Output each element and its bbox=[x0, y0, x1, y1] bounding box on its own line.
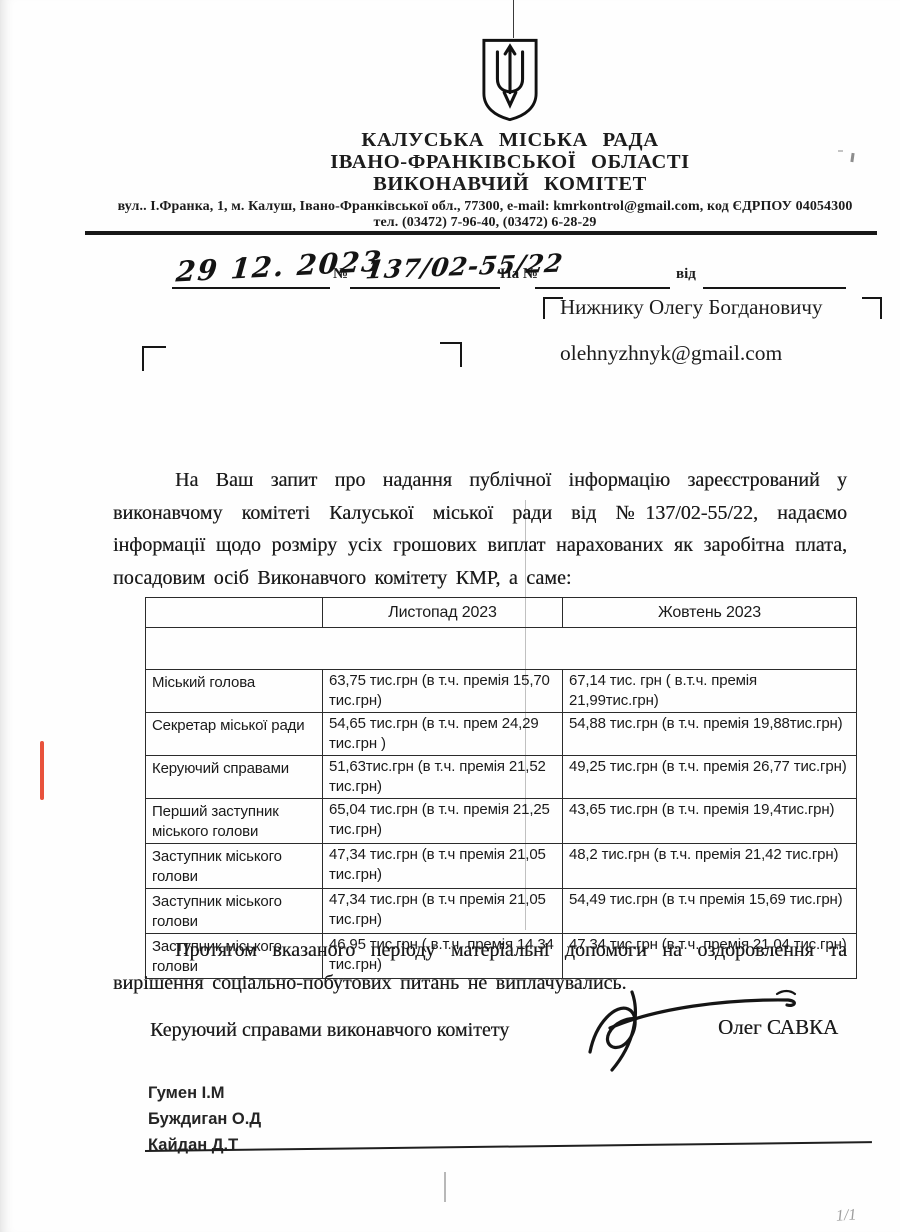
table-row: Секретар міської ради54,65 тис.грн (в т.… bbox=[146, 713, 857, 756]
cell-position: Перший заступник міського голови bbox=[146, 799, 323, 844]
salary-table-body: Міський голова63,75 тис.грн (в т.ч. прем… bbox=[146, 670, 857, 979]
corner-mark-right bbox=[440, 342, 462, 367]
signer-title: Керуючий справами виконавчого комітету bbox=[150, 1019, 509, 1042]
cell-position: Заступник міського голови bbox=[146, 889, 323, 934]
org-phone: тел. (03472) 7-96-40, (03472) 6-28-29 bbox=[85, 215, 885, 231]
executor-name: Буждиган О.Д bbox=[148, 1106, 261, 1132]
table-row: Міський голова63,75 тис.грн (в т.ч. прем… bbox=[146, 670, 857, 713]
scan-speck-right-2 bbox=[838, 150, 843, 152]
recipient-email: olehnyzhnyk@gmail.com bbox=[560, 341, 782, 366]
cell-position: Заступник міського голови bbox=[146, 844, 323, 889]
recipient-name: Нижнику Олегу Богдановичу bbox=[560, 295, 822, 320]
corner-mark-left bbox=[142, 346, 166, 371]
reply-number-underline bbox=[535, 287, 670, 289]
scan-fold-line-top bbox=[513, 0, 514, 38]
ukraine-trident-emblem bbox=[481, 36, 539, 124]
cell-november: 51,63тис.грн (в т.ч. премія 21,52 тис.гр… bbox=[323, 756, 563, 799]
table-row: Перший заступник міського голови65,04 ти… bbox=[146, 799, 857, 844]
org-name-line2: ІВАНО-ФРАНКІВСЬКОЇ ОБЛАСТІ bbox=[110, 151, 900, 173]
number-label: № bbox=[333, 266, 348, 283]
red-margin-mark bbox=[40, 741, 44, 800]
cell-november: 47,34 тис.грн (в т.ч премія 21,05 тис.гр… bbox=[323, 844, 563, 889]
cell-october: 67,14 тис. грн ( в.т.ч. премія 21,99тис.… bbox=[563, 670, 857, 713]
table-top-sliver-row bbox=[146, 628, 857, 670]
letterhead-org: КАЛУСЬКА МІСЬКА РАДА ІВАНО-ФРАНКІВСЬКОЇ … bbox=[110, 129, 900, 195]
org-name-line3: ВИКОНАВЧИЙ КОМІТЕТ bbox=[110, 173, 900, 195]
header-november: Листопад 2023 bbox=[323, 598, 563, 628]
salary-table: Листопад 2023 Жовтень 2023 Міський голов… bbox=[145, 597, 857, 979]
number-underline bbox=[350, 287, 500, 289]
org-name-line1: КАЛУСЬКА МІСЬКА РАДА bbox=[110, 129, 900, 151]
body-paragraph-intro: На Ваш запит про надання публічної інфор… bbox=[113, 464, 847, 594]
letterhead-contacts: вул.. І.Франка, 1, м. Калуш, Івано-Франк… bbox=[85, 199, 885, 230]
cell-october: 48,2 тис.грн (в т.ч. премія 21,42 тис.гр… bbox=[563, 844, 857, 889]
table-row: Заступник міського голови47,34 тис.грн (… bbox=[146, 889, 857, 934]
from-date-label: від bbox=[676, 266, 696, 283]
page-number: 1/1 bbox=[835, 1206, 857, 1225]
cell-october: 54,49 тис.грн (в т.ч премія 15,69 тис.гр… bbox=[563, 889, 857, 934]
table-header-row: Листопад 2023 Жовтень 2023 bbox=[146, 598, 857, 628]
corner-mark-recipient-right bbox=[862, 297, 882, 319]
cell-position: Секретар міської ради bbox=[146, 713, 323, 756]
date-underline bbox=[172, 287, 330, 289]
cell-november: 54,65 тис.грн (в т.ч. прем 24,29 тис.грн… bbox=[323, 713, 563, 756]
cell-november: 65,04 тис.грн (в т.ч. премія 21,25 тис.г… bbox=[323, 799, 563, 844]
signature-scribble bbox=[576, 986, 820, 1078]
cell-position: Міський голова bbox=[146, 670, 323, 713]
org-address: вул.. І.Франка, 1, м. Калуш, Івано-Франк… bbox=[85, 199, 885, 215]
letterhead-rule bbox=[85, 231, 877, 235]
table-row: Керуючий справами51,63тис.грн (в т.ч. пр… bbox=[146, 756, 857, 799]
handwritten-date: 29 12. 2023 bbox=[175, 244, 385, 288]
cell-october: 54,88 тис.грн (в т.ч. премія 19,88тис.гр… bbox=[563, 713, 857, 756]
cell-november: 47,34 тис.грн (в т.ч премія 21,05 тис.гр… bbox=[323, 889, 563, 934]
cell-position: Керуючий справами bbox=[146, 756, 323, 799]
executor-name: Гумен І.М bbox=[148, 1080, 261, 1106]
scanned-letter-page: КАЛУСЬКА МІСЬКА РАДА ІВАНО-ФРАНКІВСЬКОЇ … bbox=[0, 0, 900, 1232]
cell-october: 49,25 тис.грн (в т.ч. премія 26,77 тис.г… bbox=[563, 756, 857, 799]
from-date-underline bbox=[703, 287, 846, 289]
executor-name: Кайдан Д.Т bbox=[148, 1132, 261, 1158]
executors-list: Гумен І.МБуждиган О.ДКайдан Д.Т bbox=[148, 1080, 261, 1158]
scan-tick-bottom bbox=[444, 1172, 446, 1202]
scan-fold-line-middle bbox=[525, 500, 526, 930]
cell-october: 43,65 тис.грн (в т.ч. премія 19,4тис.грн… bbox=[563, 799, 857, 844]
header-october: Жовтень 2023 bbox=[563, 598, 857, 628]
header-position bbox=[146, 598, 323, 628]
table-row: Заступник міського голови47,34 тис.грн (… bbox=[146, 844, 857, 889]
cell-november: 63,75 тис.грн (в т.ч. премія 15,70 тис.г… bbox=[323, 670, 563, 713]
